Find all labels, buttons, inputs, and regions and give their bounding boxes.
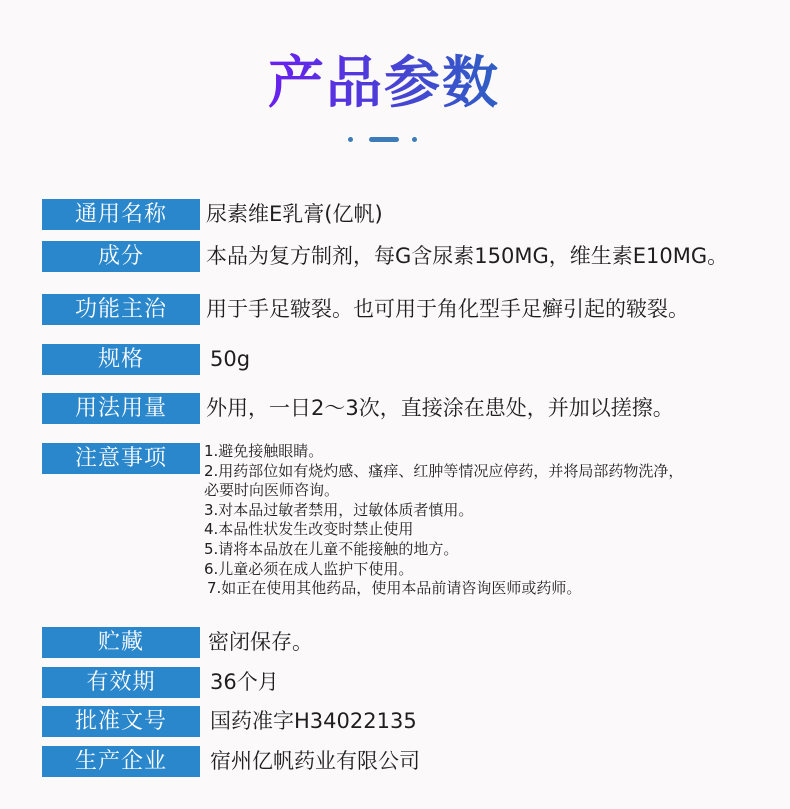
precaution-item: 必要时向医师咨询。 xyxy=(204,481,683,501)
param-label: 批准文号 xyxy=(42,706,200,737)
param-label: 生产企业 xyxy=(42,746,200,777)
param-row-ingredients: 成分 本品为复方制剂，每G含尿素150MG，维生素E10MG。 xyxy=(42,241,728,272)
precaution-item: 5.请将本品放在儿童不能接触的地方。 xyxy=(204,540,683,560)
param-label: 成分 xyxy=(42,241,200,272)
param-value: 50g xyxy=(210,344,250,375)
param-row-precautions: 注意事项 1.避免接触眼睛。 2.用药部位如有烧灼感、瘙痒、红肿等情况应停药，并… xyxy=(42,443,683,599)
param-row-shelf-life: 有效期 36个月 xyxy=(42,667,279,698)
divider-dot-right xyxy=(412,137,417,142)
param-row-indications: 功能主治 用于手足皲裂。也可用于角化型手足癣引起的皲裂。 xyxy=(42,294,689,325)
page-title-wrap: 产品参数 xyxy=(268,48,500,120)
param-row-manufacturer: 生产企业 宿州亿帆药业有限公司 xyxy=(42,746,420,777)
precaution-item: 1.避免接触眼睛。 xyxy=(204,442,683,462)
param-value: 密闭保存。 xyxy=(208,627,313,658)
param-value: 本品为复方制剂，每G含尿素150MG，维生素E10MG。 xyxy=(206,241,728,272)
param-value: 用于手足皲裂。也可用于角化型手足癣引起的皲裂。 xyxy=(206,294,689,325)
param-row-generic-name: 通用名称 尿素维E乳膏(亿帆) xyxy=(42,199,383,230)
param-value: 国药准字H34022135 xyxy=(210,706,417,737)
precaution-item: 4.本品性状发生改变时禁止使用 xyxy=(204,520,683,540)
param-label: 注意事项 xyxy=(42,443,200,474)
precaution-item: 6.儿童必须在成人监护下使用。 xyxy=(204,560,683,580)
page-title: 产品参数 xyxy=(268,48,500,120)
precaution-item: 3.对本品过敏者禁用，过敏体质者慎用。 xyxy=(204,501,683,521)
divider-dot-left xyxy=(348,137,353,142)
param-row-dosage: 用法用量 外用，一日2～3次，直接涂在患处，并加以搓擦。 xyxy=(42,393,674,424)
param-row-storage: 贮藏 密闭保存。 xyxy=(42,627,313,658)
divider-bar xyxy=(369,137,399,142)
param-row-approval-number: 批准文号 国药准字H34022135 xyxy=(42,706,417,737)
param-label: 用法用量 xyxy=(42,393,200,424)
param-label: 有效期 xyxy=(42,667,200,698)
param-value: 宿州亿帆药业有限公司 xyxy=(210,746,420,777)
param-label: 贮藏 xyxy=(42,627,200,658)
param-label: 通用名称 xyxy=(42,199,200,230)
precaution-item: 2.用药部位如有烧灼感、瘙痒、红肿等情况应停药，并将局部药物洗净， xyxy=(204,462,683,482)
param-row-specification: 规格 50g xyxy=(42,344,250,375)
param-label: 功能主治 xyxy=(42,294,200,325)
param-label: 规格 xyxy=(42,344,200,375)
precautions-list: 1.避免接触眼睛。 2.用药部位如有烧灼感、瘙痒、红肿等情况应停药，并将局部药物… xyxy=(204,442,683,599)
param-value: 尿素维E乳膏(亿帆) xyxy=(206,199,383,230)
param-value: 外用，一日2～3次，直接涂在患处，并加以搓擦。 xyxy=(206,393,674,424)
precaution-item: 7.如正在使用其他药品，使用本品前请咨询医师或药师。 xyxy=(204,579,683,599)
param-value: 36个月 xyxy=(210,667,279,698)
